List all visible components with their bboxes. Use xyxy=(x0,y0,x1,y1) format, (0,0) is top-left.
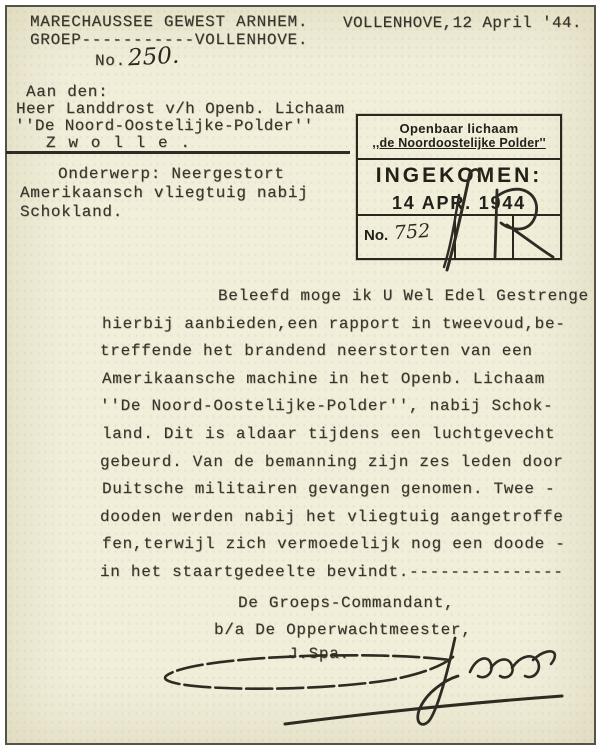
document-page: MARECHAUSSEE GEWEST ARNHEM. GROEP-------… xyxy=(0,0,600,749)
body-line: ''De Noord-Oostelijke-Polder'', nabij Sc… xyxy=(100,393,578,421)
recipient-line2: ''De Noord-Oostelijke-Polder'' xyxy=(15,117,314,135)
closing-role1: De Groeps-Commandant, xyxy=(238,594,454,612)
paraph-scribble xyxy=(425,165,575,290)
stamp-number-label: No. xyxy=(364,227,388,244)
recipient-salutation: Aan den: xyxy=(26,83,108,101)
letter-number-handwritten: 250. xyxy=(127,43,180,72)
body-line: in het staartgedeelte bevindt.----------… xyxy=(100,559,578,587)
subject-line1: Onderwerp: Neergestort xyxy=(58,165,285,183)
recipient-city: Z w o l l e . xyxy=(46,134,192,152)
letter-number-label: No. xyxy=(95,52,126,70)
place-dateline: VOLLENHOVE,12 April '44. xyxy=(343,14,582,32)
stamp-header: Openbaar lichaam ,,de Noordoostelijke Po… xyxy=(358,116,560,160)
letterhead-org: MARECHAUSSEE GEWEST ARNHEM. xyxy=(30,13,308,31)
body-line: land. Dit is aldaar tijdens een luchtgev… xyxy=(102,421,578,449)
header-divider-rule xyxy=(6,151,350,154)
body-line: Beleefd moge ik U Wel Edel Gestrenge xyxy=(100,283,578,311)
body-line: Amerikaansche machine in het Openb. Lich… xyxy=(102,366,578,394)
body-line: gebeurd. Van de bemanning zijn zes leden… xyxy=(100,449,578,477)
letter-body: Beleefd moge ik U Wel Edel Gestrenge hie… xyxy=(100,283,578,587)
stamp-org-line2: ,,de Noordoostelijke Polder'' xyxy=(358,136,560,150)
signature-handwriting xyxy=(150,630,570,735)
body-line: treffende het brandend neerstorten van e… xyxy=(100,338,578,366)
body-line: Duitsche militairen gevangen genomen. Tw… xyxy=(102,476,578,504)
body-line: dooden werden nabij het vliegtuig aanget… xyxy=(100,504,578,532)
recipient-line1: Heer Landdrost v/h Openb. Lichaam xyxy=(16,100,344,118)
body-line: fen,terwijl zich vermoedelijk nog een do… xyxy=(102,531,578,559)
subject-line3: Schokland. xyxy=(20,203,123,221)
stamp-org-line1: Openbaar lichaam xyxy=(358,121,560,136)
body-line: hierbij aanbieden,een rapport in tweevou… xyxy=(102,311,578,339)
subject-line2: Amerikaansch vliegtuig nabij xyxy=(20,184,308,202)
